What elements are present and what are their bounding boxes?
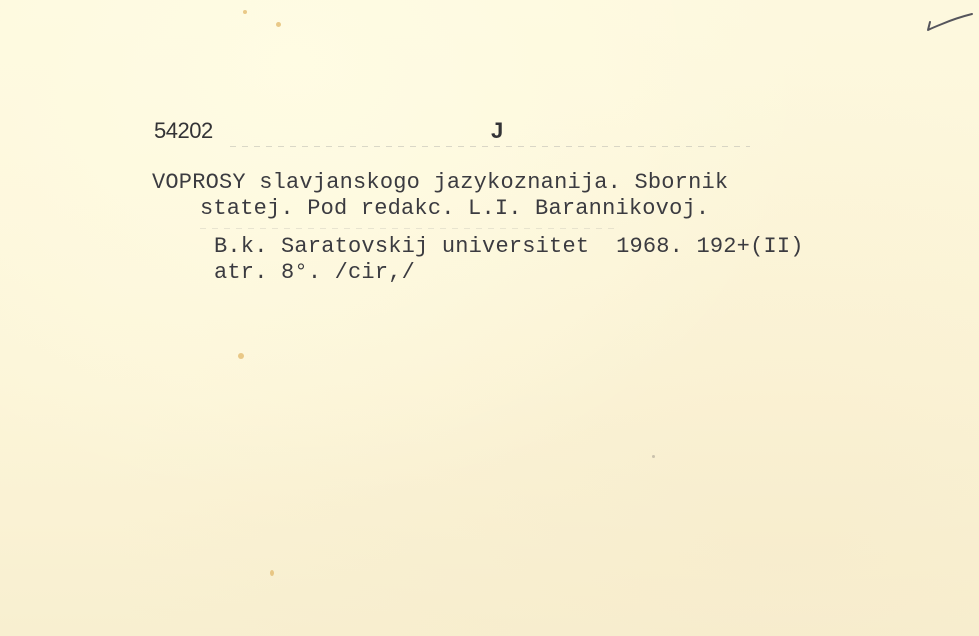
catalog-card: 54202 J VOPROSY slavjanskogo jazykoznani… bbox=[0, 0, 979, 636]
paper-speck bbox=[243, 10, 247, 14]
collation-line: atr. 8°. /cir,/ bbox=[214, 261, 415, 285]
paper-speck bbox=[270, 570, 274, 576]
call-number: 54202 bbox=[154, 118, 213, 144]
checkmark-icon bbox=[924, 10, 976, 34]
location-mark: J bbox=[491, 118, 503, 144]
imprint-line: B.k. Saratovskij universitet 1968. 192+(… bbox=[214, 235, 804, 259]
paper-speck bbox=[652, 455, 655, 458]
title-continuation-line: statej. Pod redakc. L.I. Barannikovoj. bbox=[200, 197, 709, 221]
title-line: VOPROSY slavjanskogo jazykoznanija. Sbor… bbox=[152, 171, 728, 195]
paper-speck bbox=[238, 353, 244, 359]
paper-speck bbox=[276, 22, 281, 27]
faint-guide-line bbox=[200, 228, 620, 229]
faint-guide-line bbox=[230, 146, 750, 147]
